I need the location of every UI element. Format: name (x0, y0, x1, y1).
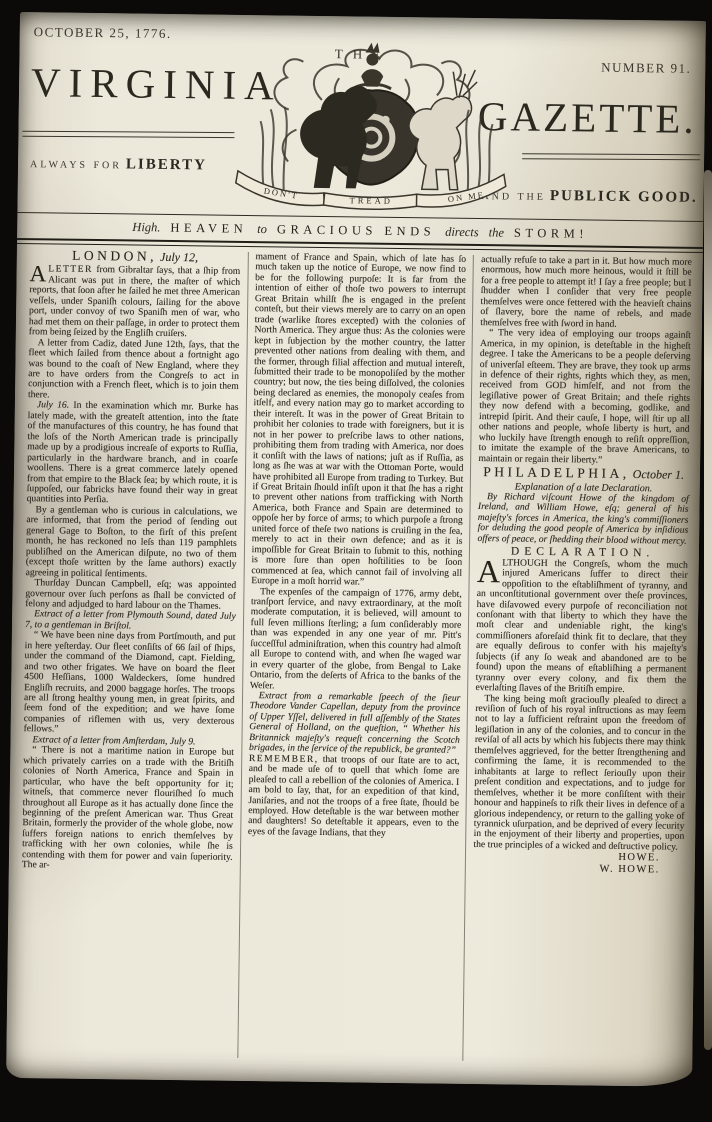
facing-page-edge (704, 170, 712, 1050)
paragraph: Thurſday Duncan Campbell, eſq; was appoi… (25, 578, 236, 612)
text-segment: The expenſes of the campaign of 1776, ar… (250, 586, 462, 691)
text-segment: PHILADELPHIA, (483, 464, 630, 481)
paragraph: W. HOWE. (473, 862, 684, 877)
text-segment: “ We have been nine days from Portſmouth… (24, 630, 236, 735)
text-segment: to (257, 222, 267, 236)
text-segment: October 1. (630, 467, 685, 482)
left-double-rule (22, 131, 234, 138)
paragraph: “ The very idea of employing our troops … (478, 328, 690, 467)
text-segment: W. HOWE. (599, 864, 659, 876)
text-segment: The king being moſt graciouſly pleaſed t… (473, 693, 686, 853)
text-segment: the (489, 225, 504, 239)
paragraph: The king being moſt graciouſly pleaſed t… (473, 694, 686, 854)
text-segment: July 12, (157, 250, 198, 265)
paragraph: ALETTER from Gibraltar ſays, that a ſhip… (29, 265, 241, 341)
text-segment: HEAVEN (170, 221, 247, 236)
text-column: mament of France and Spain, which of lat… (237, 252, 473, 1061)
columns: LONDON, July 12,ALETTER from Gibraltar ſ… (6, 244, 703, 1064)
right-double-rule (522, 153, 700, 160)
text-segment: By Richard viſcount Howe of the kingdom … (477, 491, 688, 546)
crest-banner-center: TREAD (349, 195, 392, 206)
text-segment: “ The very idea of employing our troops … (478, 327, 690, 465)
paragraph: By Richard viſcount Howe of the kingdom … (477, 492, 688, 547)
issue-date: OCTOBER 25, 1776. (34, 24, 172, 42)
slogan-left-small: ALWAYS FOR (30, 159, 122, 171)
paragraph: mament of France and Spain, which of lat… (251, 252, 466, 589)
text-segment: By a gentleman who is curious in calcula… (26, 504, 238, 579)
text-segment: STORM! (514, 226, 588, 241)
text-segment: LONDON, (72, 249, 157, 264)
slogan-right-big: PUBLICK GOOD. (550, 188, 698, 206)
paragraph: The expenſes of the campaign of 1776, ar… (250, 587, 462, 694)
text-segment: GRACIOUS ENDS (277, 222, 435, 238)
paragraph: ALTHOUGH the Congreſs, whom the much inj… (475, 558, 687, 697)
text-segment: actually refuſe to take a part in it. Bu… (480, 255, 692, 330)
text-segment: “ There is not a maritime nation in Euro… (22, 745, 234, 871)
paragraph: PHILADELPHIA, October 1. (478, 467, 689, 482)
text-segment: Extract from a remarkable ſpeech of the … (249, 690, 460, 756)
drop-cap: A (29, 265, 48, 284)
paragraph: A letter from Cadiz, dated June 12th, ſa… (28, 338, 239, 403)
text-segment: Extract of a letter from Plymouth Sound,… (25, 609, 236, 632)
paragraph: “ We have been nine days from Portſmouth… (24, 630, 236, 737)
text-segment: directs (445, 225, 479, 240)
text-segment: that troops of our ſtate are to act, and… (248, 754, 460, 839)
paragraph: By a gentleman who is curious in calcula… (26, 505, 238, 581)
text-segment: mament of France and Spain, which of lat… (251, 252, 466, 588)
text-segment: High. (132, 220, 160, 234)
issue-number: NUMBER 91. (601, 60, 691, 77)
text-column: LONDON, July 12,ALETTER from Gibraltar ſ… (12, 249, 247, 1058)
text-segment: A letter from Cadiz, dated June 12th, ſa… (28, 337, 239, 400)
text-segment: Thurſday Duncan Campbell, eſq; was appoi… (25, 577, 236, 611)
text-column: actually refuſe to take a part in it. Bu… (463, 255, 699, 1064)
text-segment: HOWE. (618, 852, 660, 864)
paragraph: July 16. In the examination which mr. Bu… (27, 400, 239, 507)
text-segment: LTHOUGH the Congreſs, whom the much inju… (475, 557, 687, 695)
paragraph: “ There is not a maritime nation in Euro… (22, 745, 234, 873)
slogan-left-big: LIBERTY (126, 156, 207, 173)
slogan-left: ALWAYS FOR LIBERTY (30, 154, 207, 174)
drop-cap: A (477, 558, 502, 584)
text-segment: In the examination which mr. Burke has l… (27, 400, 239, 506)
scanned-newspaper-page: { "masthead": { "date": "OCTOBER 25, 177… (0, 0, 712, 1122)
coat-of-arms-illustration: DON'T TREAD ON ME (225, 37, 517, 217)
text-segment: from Gibraltar ſays, that a ſhip from Al… (29, 264, 241, 339)
paragraph: Extract from a remarkable ſpeech of the … (249, 691, 460, 756)
paragraph: actually refuſe to take a part in it. Bu… (480, 255, 692, 331)
paragraph: REMEMBER, that troops of our ſtate are t… (248, 754, 460, 840)
newspaper-page: OCTOBER 25, 1776. THE NUMBER 91. VIRGINI… (6, 12, 706, 1087)
masthead: OCTOBER 25, 1776. THE NUMBER 91. VIRGINI… (17, 12, 706, 221)
